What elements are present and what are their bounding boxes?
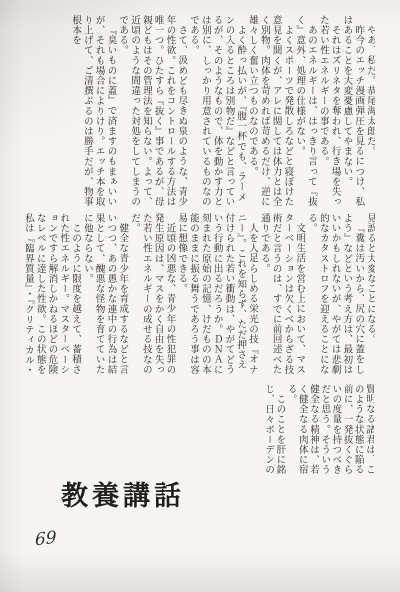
paragraph: 『臭いものに蓋』で済ますのもまぁいいが、それも場合によりけり。エッチ本を取り上げ… bbox=[68, 15, 115, 208]
paragraph: 見誤ると大変なことになる。 bbox=[363, 213, 375, 377]
text-block-middle: 見誤ると大変なことになる。 『糞は汚いから、尻の穴に蓋をしよう』などという考え方… bbox=[25, 213, 375, 377]
paragraph: よく酔っ払いが、『腹一杯でも、ラーメンの入るところは別物だ』などと言っているが、… bbox=[186, 15, 245, 208]
paragraph: 文明生活を営む上において、マスターベーションは欠くべからざる技術だと言うのは、す… bbox=[257, 213, 304, 377]
paragraph: 健全な青少年を育成するなどと言いつつ、あの愚かな連中の行為は結果として、醜悪な怪… bbox=[80, 213, 127, 377]
text-block-top: やあ、私だ。恭尾海太郎だ。 昨今のエッチ漫画弾圧を見るにつけ、私はあることを大変… bbox=[25, 15, 375, 208]
paragraph: よくスポーツで発散しろなどと寝ぼけた意見を聞くが、アレに関しては体力とは全く別物… bbox=[245, 15, 292, 208]
scanned-book-page: やあ、私だ。恭尾海太郎だ。 昨今のエッチ漫画弾圧を見るにつけ、私はあることを大変… bbox=[0, 0, 400, 592]
paragraph: このことを肝に銘じ、日々ボーデンの鍛錬に励ん。ではまた来週。 bbox=[266, 384, 284, 479]
paragraph: あのエネルギーは、はっきり言って『抜く』意外、処理の仕様がない。 bbox=[292, 15, 316, 208]
page-number: 69 bbox=[35, 528, 57, 551]
paragraph: 賢明なる諸君は、このような状態に陥る前に、一発抜くぐらいの度量を持つべきだと思う… bbox=[284, 384, 374, 479]
paragraph: さて、汲めども尽きぬ泉のような、青少年の性欲。これをコントロールする方法は唯一つ… bbox=[115, 15, 186, 208]
paragraph: やあ、私だ。恭尾海太郎だ。 bbox=[363, 15, 375, 208]
section-title: 教養講話 bbox=[61, 474, 185, 513]
paragraph: 人を人足らしめる栄光の技『オナニー』。これを知らず、ただ押さえ付けられた若い衝動… bbox=[174, 213, 257, 377]
paragraph: 近頃の凶悪な、青少年の性犯罪の発生原因は、マスをかく自由を失った若い性エネルギー… bbox=[127, 213, 174, 377]
paragraph: 『糞は汚いから、尻の穴に蓋をしよう』などという考え方は、最初はいいかもしれないが… bbox=[304, 213, 363, 377]
paragraph: それはズリネタを奪われ、行き場を失った若い性エネルギーの事である。 bbox=[316, 15, 340, 208]
text-block-closing: 賢明なる諸君は、このような状態に陥る前に、一発抜くぐらいの度量を持つべきだと思う… bbox=[266, 384, 374, 479]
paragraph: このように限度を越えて、蓄積された性エネルギー。マスターベーションですら解消しか… bbox=[25, 213, 80, 377]
paragraph: 昨今のエッチ漫画弾圧を見るにつけ、私はあることを大変憂慮してやまない。 bbox=[340, 15, 364, 208]
